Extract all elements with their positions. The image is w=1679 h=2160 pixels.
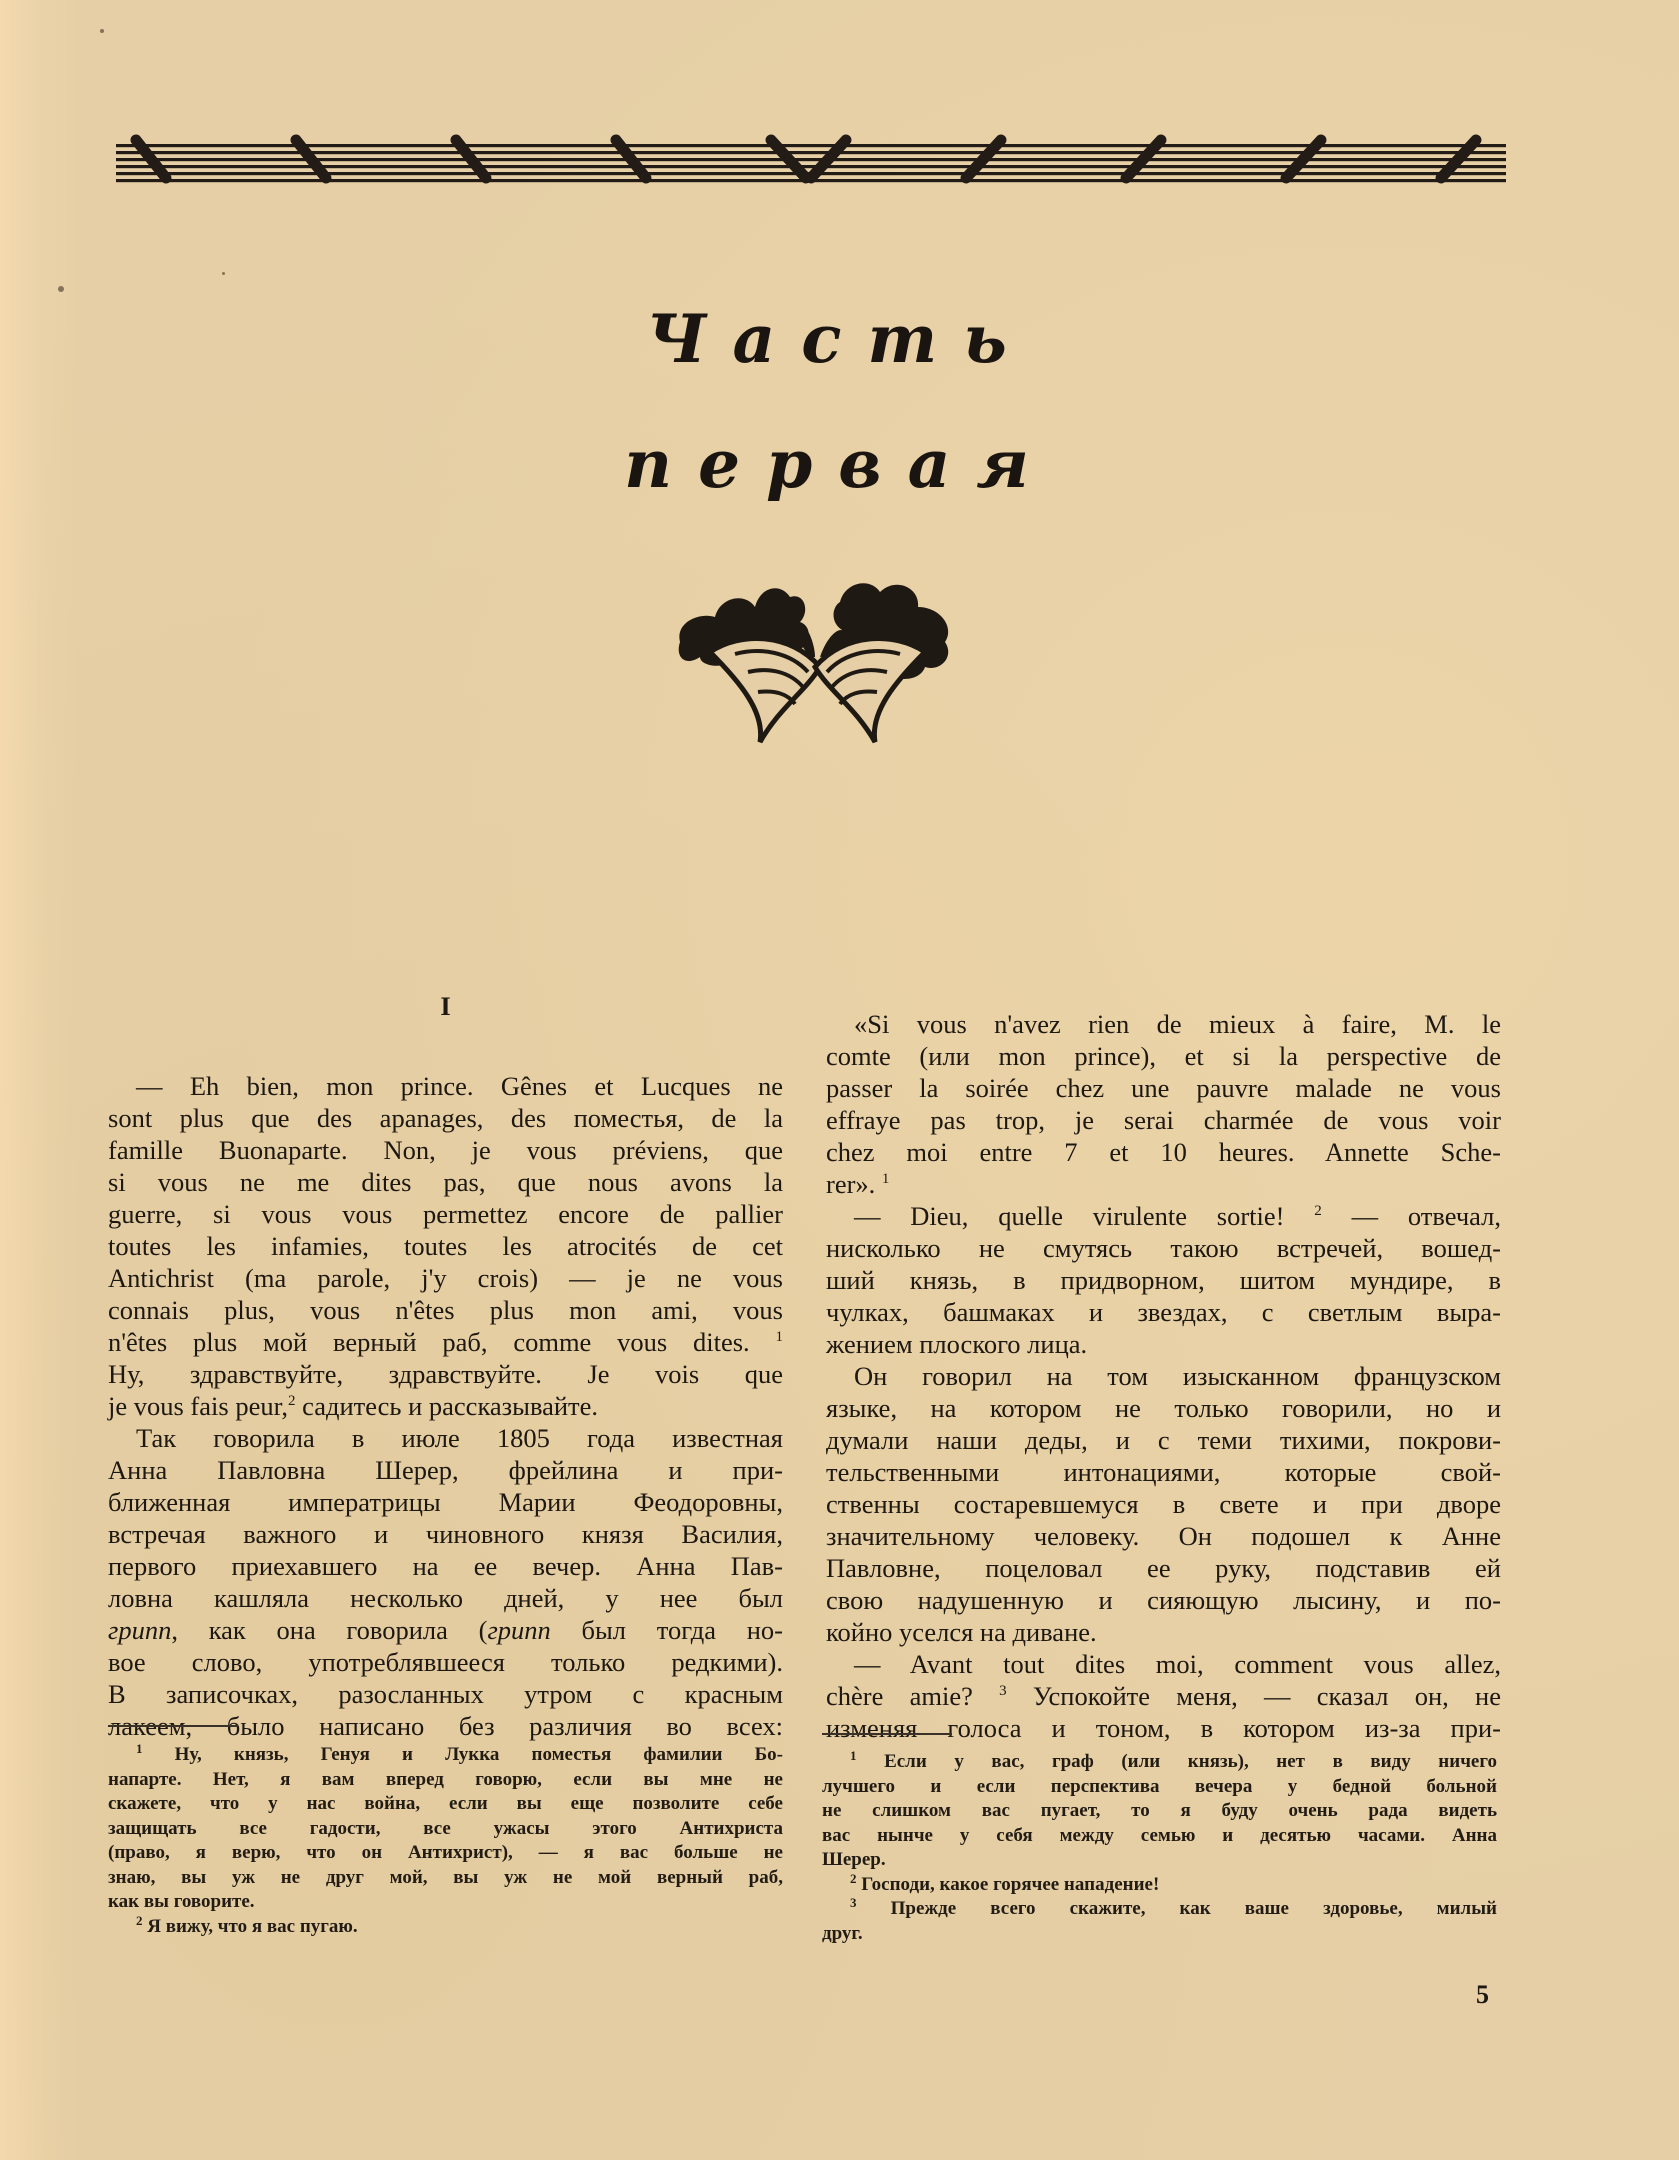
text-line: Анна Павловна Шерер, фрейлина и при- — [108, 1454, 783, 1486]
footnote-line: друг. — [822, 1922, 1497, 1947]
text-fragment: был тогда но- — [551, 1615, 783, 1645]
text-line: famille Buonaparte. Non, je vous prévien… — [108, 1134, 783, 1166]
text-line: встречая важного и чиновного князя Васил… — [108, 1518, 783, 1550]
footnote-line: лучшего и если перспектива вечера у бедн… — [822, 1775, 1497, 1800]
text-fragment: Если у вас, граф (или князь), нет в виду… — [884, 1751, 1497, 1772]
cornucopia-vignette-icon — [670, 572, 960, 752]
footnote-number: 2 — [850, 1871, 857, 1886]
text-line: значительному человеку. Он подошел к Анн… — [826, 1520, 1501, 1552]
footnote-mark[interactable]: 1 — [776, 1329, 784, 1345]
text-line: нисколько не смутясь такою встречей, вош… — [826, 1232, 1501, 1264]
footnote-line: скажете, что у нас война, если вы еще по… — [108, 1792, 783, 1817]
text-line: ловна кашляла несколько дней, у нее был — [108, 1582, 783, 1614]
italic-word: грипп — [108, 1615, 171, 1645]
footnotes-left: 1 Ну, князь, Генуя и Лукка поместья фами… — [108, 1743, 783, 1939]
text-line: comte (или mon prince), et si la perspec… — [826, 1040, 1501, 1072]
text-line: chez moi entre 7 et 10 heures. Annette S… — [826, 1136, 1501, 1168]
text-line: жением плоского лица. — [826, 1328, 1501, 1360]
footnote-line: Шерер. — [822, 1848, 1497, 1873]
text-fragment: Господи, какое горячее нападение! — [861, 1874, 1159, 1895]
text-line: Так говорила в июле 1805 года известная — [108, 1422, 783, 1454]
text-line: чулках, башмаках и звездах, с светлым вы… — [826, 1296, 1501, 1328]
text-line: guerre, si vous vous permettez encore de… — [108, 1198, 783, 1230]
text-line: — Dieu, quelle virulente sortie! 2 — отв… — [826, 1200, 1501, 1232]
paper-speck — [58, 286, 64, 292]
text-fragment: — Dieu, quelle virulente sortie! — [854, 1201, 1284, 1231]
text-line: ственны состаревшемуся в свете и при дво… — [826, 1488, 1501, 1520]
paper-speck — [222, 272, 225, 275]
text-line: койно уселся на диване. — [826, 1616, 1501, 1648]
rope-border-ornament-icon — [116, 134, 1506, 186]
part-title-line-2: первая — [0, 425, 1679, 503]
footnote-line: 2 Господи, какое горячее нападение! — [822, 1873, 1497, 1898]
left-text-column: I — Eh bien, mon prince. Gênes et Lucque… — [108, 990, 783, 1742]
paper-speck — [100, 29, 104, 33]
text-line: — Eh bien, mon prince. Gênes et Lucques … — [108, 1070, 783, 1102]
footnote-mark[interactable]: 2 — [1314, 1203, 1322, 1219]
text-line: свою надушенную и сияющую лысину, и по- — [826, 1584, 1501, 1616]
text-line: si vous ne me dites pas, que nous avons … — [108, 1166, 783, 1198]
footnote-line: не слишком вас пугает, то я буду очень р… — [822, 1799, 1497, 1824]
text-line: — Avant tout dites moi, comment vous all… — [826, 1648, 1501, 1680]
footnote-number: 1 — [850, 1748, 857, 1763]
footnote-line: 1 Ну, князь, Генуя и Лукка поместья фами… — [108, 1743, 783, 1768]
text-line: connais plus, vous n'êtes plus mon ami, … — [108, 1294, 783, 1326]
chapter-number: I — [108, 990, 783, 1022]
text-line: вое слово, употреблявшееся только редким… — [108, 1646, 783, 1678]
footnote-mark[interactable]: 1 — [882, 1171, 890, 1187]
text-line: В записочках, разосланных утром с красны… — [108, 1678, 783, 1710]
text-line: passer la soirée chez une pauvre malade … — [826, 1072, 1501, 1104]
footnote-line: 2 Я вижу, что я вас пугаю. — [108, 1915, 783, 1940]
text-line: toutes les infamies, toutes les atrocité… — [108, 1230, 783, 1262]
text-line: Antichrist (ma parole, j'y crois) — je n… — [108, 1262, 783, 1294]
text-fragment: n'êtes plus мой верный раб, comme vous d… — [108, 1327, 750, 1357]
footnote-divider — [822, 1733, 952, 1735]
right-text-column: «Si vous n'avez rien de mieux à faire, M… — [826, 990, 1501, 1744]
text-fragment: Ну, князь, Генуя и Лукка поместья фамили… — [175, 1744, 783, 1765]
italic-word: грипп — [487, 1615, 550, 1645]
text-fragment: chère amie? — [826, 1681, 973, 1711]
text-fragment: Успокойте меня, — сказал он, не — [1007, 1681, 1501, 1711]
footnote-line: напарте. Нет, я вам вперед говорю, если … — [108, 1768, 783, 1793]
text-fragment: , как она говорила ( — [171, 1615, 487, 1645]
text-fragment: садитесь и рассказывайте. — [295, 1391, 598, 1421]
page-number: 5 — [1476, 1980, 1489, 2010]
footnote-line: защищать все гадости, все ужасы этого Ан… — [108, 1817, 783, 1842]
footnote-number: 1 — [136, 1741, 143, 1756]
text-line: Ну, здравствуйте, здравствуйте. Je vois … — [108, 1358, 783, 1390]
footnotes-right: 1 Если у вас, граф (или князь), нет в ви… — [822, 1750, 1497, 1946]
text-fragment: je vous fais peur, — [108, 1391, 288, 1421]
text-line: первого приехавшего на ее вечер. Анна Па… — [108, 1550, 783, 1582]
text-line: je vous fais peur,2 садитесь и рассказыв… — [108, 1390, 783, 1422]
text-line: rer». 1 — [826, 1168, 1501, 1200]
text-line: языке, на котором не только говорили, но… — [826, 1392, 1501, 1424]
footnote-number: 3 — [850, 1895, 857, 1910]
text-fragment: Я вижу, что я вас пугаю. — [147, 1916, 357, 1937]
text-line: изменяя голоса и тоном, в котором из-за … — [826, 1712, 1501, 1744]
text-line: Он говорил на том изысканном французском — [826, 1360, 1501, 1392]
text-line: ший князь, в придворном, шитом мундире, … — [826, 1264, 1501, 1296]
text-fragment: rer». — [826, 1169, 875, 1199]
text-line: effraye pas trop, je serai charmée de vo… — [826, 1104, 1501, 1136]
text-line: Павловне, поцеловал ее руку, подставив е… — [826, 1552, 1501, 1584]
footnote-divider — [108, 1725, 238, 1727]
text-line: chère amie? 3 Успокойте меня, — сказал о… — [826, 1680, 1501, 1712]
text-fragment: — отвечал, — [1322, 1201, 1501, 1231]
footnote-number: 2 — [136, 1913, 143, 1928]
footnote-mark[interactable]: 3 — [999, 1683, 1007, 1699]
text-line: sont plus que des apanages, des поместья… — [108, 1102, 783, 1134]
text-line: ближенная императрицы Марии Феодоровны, — [108, 1486, 783, 1518]
text-line: грипп, как она говорила (грипп был тогда… — [108, 1614, 783, 1646]
footnote-line: знаю, вы уж не друг мой, вы уж не мой ве… — [108, 1866, 783, 1891]
text-line: n'êtes plus мой верный раб, comme vous d… — [108, 1326, 783, 1358]
text-line: «Si vous n'avez rien de mieux à faire, M… — [826, 1008, 1501, 1040]
footnote-line: вас нынче у себя между семью и десятью ч… — [822, 1824, 1497, 1849]
text-fragment: Прежде всего скажите, как ваше здоровье,… — [891, 1898, 1497, 1919]
part-title-line-1: Часть — [0, 300, 1679, 378]
footnote-line: 3 Прежде всего скажите, как ваше здоровь… — [822, 1897, 1497, 1922]
footnote-line: 1 Если у вас, граф (или князь), нет в ви… — [822, 1750, 1497, 1775]
footnote-line: как вы говорите. — [108, 1890, 783, 1915]
footnote-line: (право, я верю, что он Антихрист), — я в… — [108, 1841, 783, 1866]
text-line: думали наши деды, и с теми тихими, покро… — [826, 1424, 1501, 1456]
text-line: тельственными интонациями, которые свой- — [826, 1456, 1501, 1488]
